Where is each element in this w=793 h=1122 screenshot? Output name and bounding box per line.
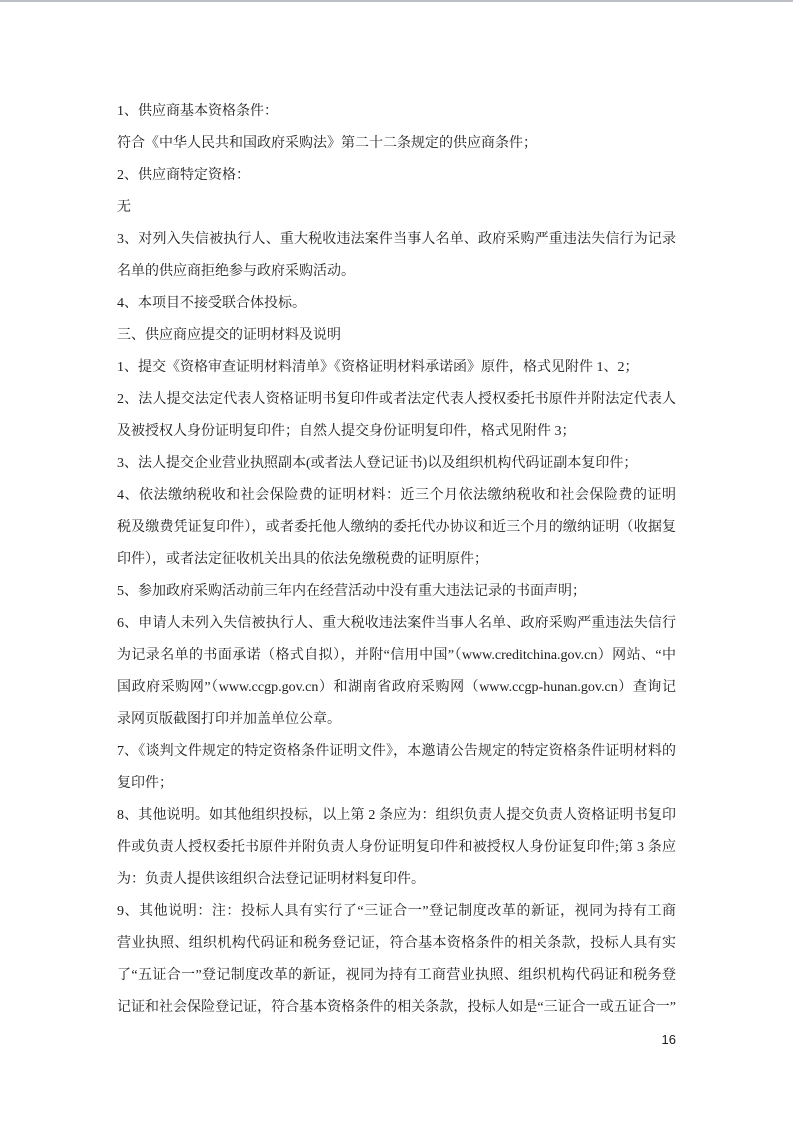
document-text-block: 1、供应商基本资格条件：符合《中华人民共和国政府采购法》第二十二条规定的供应商条… [117, 96, 676, 1024]
document-page: 1、供应商基本资格条件：符合《中华人民共和国政府采购法》第二十二条规定的供应商条… [117, 96, 676, 1056]
document-line: 税及缴费凭证复印件），或者委托他人缴纳的委托代办协议和近三个月的缴纳证明（收据复 [117, 512, 676, 544]
document-line: 2、法人提交法定代表人资格证明书复印件或者法定代表人授权委托书原件并附法定代表人 [117, 384, 676, 416]
document-line: 1、提交《资格审查证明材料清单》《资格证明材料承诺函》原件，格式见附件 1、2； [117, 352, 676, 384]
document-line: 6、申请人未列入失信被执行人、重大税收违法案件当事人名单、政府采购严重违法失信行 [117, 608, 676, 640]
page-number: 16 [117, 1024, 676, 1056]
page-top-edge [0, 0, 793, 2]
document-line: 3、对列入失信被执行人、重大税收违法案件当事人名单、政府采购严重违法失信行为记录 [117, 224, 676, 256]
document-line: 了“五证合一”登记制度改革的新证，视同为持有工商营业执照、组织机构代码证和税务登 [117, 960, 676, 992]
document-line: 录网页版截图打印并加盖单位公章。 [117, 704, 676, 736]
document-line: 印件），或者法定征收机关出具的依法免缴税费的证明原件； [117, 544, 676, 576]
document-line: 为：负责人提供该组织合法登记证明材料复印件。 [117, 864, 676, 896]
document-line: 8、其他说明。如其他组织投标，以上第 2 条应为：组织负责人提交负责人资格证明书… [117, 800, 676, 832]
document-line: 符合《中华人民共和国政府采购法》第二十二条规定的供应商条件； [117, 128, 676, 160]
document-line: 件或负责人授权委托书原件并附负责人身份证明复印件和被授权人身份证复印件;第 3 … [117, 832, 676, 864]
document-line: 4、本项目不接受联合体投标。 [117, 288, 676, 320]
document-line: 复印件； [117, 768, 676, 800]
document-line: 7、《谈判文件规定的特定资格条件证明文件》，本邀请公告规定的特定资格条件证明材料… [117, 736, 676, 768]
document-line: 无 [117, 192, 676, 224]
document-line: 5、参加政府采购活动前三年内在经营活动中没有重大违法记录的书面声明； [117, 576, 676, 608]
document-line: 9、其他说明：注：投标人具有实行了“三证合一”登记制度改革的新证，视同为持有工商 [117, 896, 676, 928]
document-line: 记证和社会保险登记证，符合基本资格条件的相关条款，投标人如是“三证合一或五证合一… [117, 992, 676, 1024]
document-line: 国政府采购网”（www.ccgp.gov.cn）和湖南省政府采购网（www.cc… [117, 672, 676, 704]
document-line: 为记录名单的书面承诺（格式自拟），并附“信用中国”（www.creditchin… [117, 640, 676, 672]
document-line: 名单的供应商拒绝参与政府采购活动。 [117, 256, 676, 288]
document-line: 1、供应商基本资格条件： [117, 96, 676, 128]
document-line: 及被授权人身份证明复印件；自然人提交身份证明复印件，格式见附件 3； [117, 416, 676, 448]
document-line: 3、法人提交企业营业执照副本(或者法人登记证书)以及组织机构代码证副本复印件； [117, 448, 676, 480]
document-line: 4、依法缴纳税收和社会保险费的证明材料：近三个月依法缴纳税收和社会保险费的证明（… [117, 480, 676, 512]
document-line: 2、供应商特定资格： [117, 160, 676, 192]
document-line: 营业执照、组织机构代码证和税务登记证，符合基本资格条件的相关条款，投标人具有实行 [117, 928, 676, 960]
document-line: 三、供应商应提交的证明材料及说明 [117, 320, 676, 352]
